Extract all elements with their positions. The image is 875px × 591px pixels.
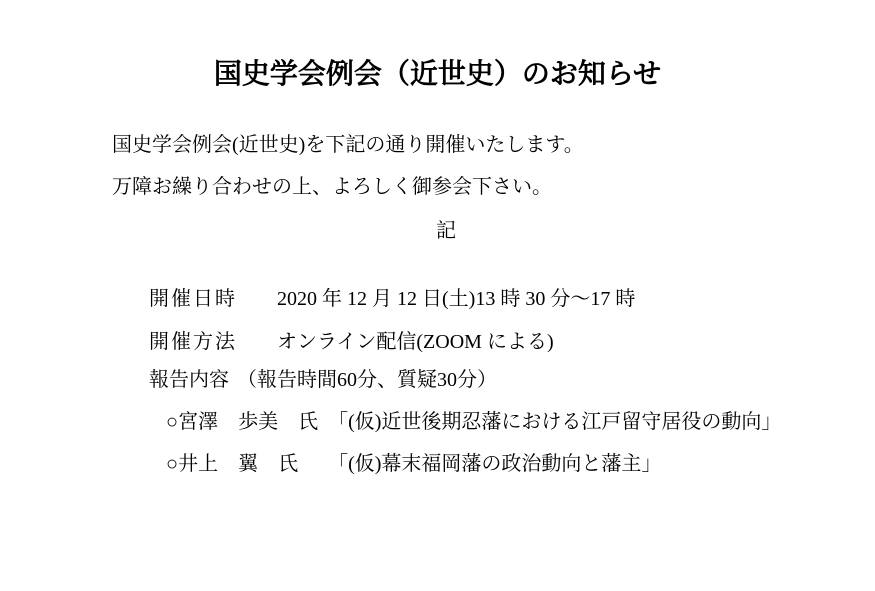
record-marker: 記 [112, 217, 780, 245]
document-page: 国史学会例会（近世史）のお知らせ 国史学会例会(近世史)を下記の通り開催いたしま… [0, 0, 875, 591]
intro-line-1: 国史学会例会(近世史)を下記の通り開催いたします。 [112, 131, 584, 159]
document-title: 国史学会例会（近世史）のお知らせ [0, 54, 875, 94]
intro-line-2: 万障お繰り合わせの上、よろしく御参会下さい。 [112, 173, 552, 201]
presentation-title-2: 「(仮)幕末福岡藩の政治動向と藩主」 [338, 453, 661, 475]
presentation-bullet-icon: ○ [166, 453, 178, 475]
presentation-separator-2 [298, 453, 338, 475]
presentation-speaker-2: 井上 翼 氏 [178, 453, 298, 475]
presentation-row-2: ○井上 翼 氏 「(仮)幕末福岡藩の政治動向と藩主」 [146, 422, 661, 506]
